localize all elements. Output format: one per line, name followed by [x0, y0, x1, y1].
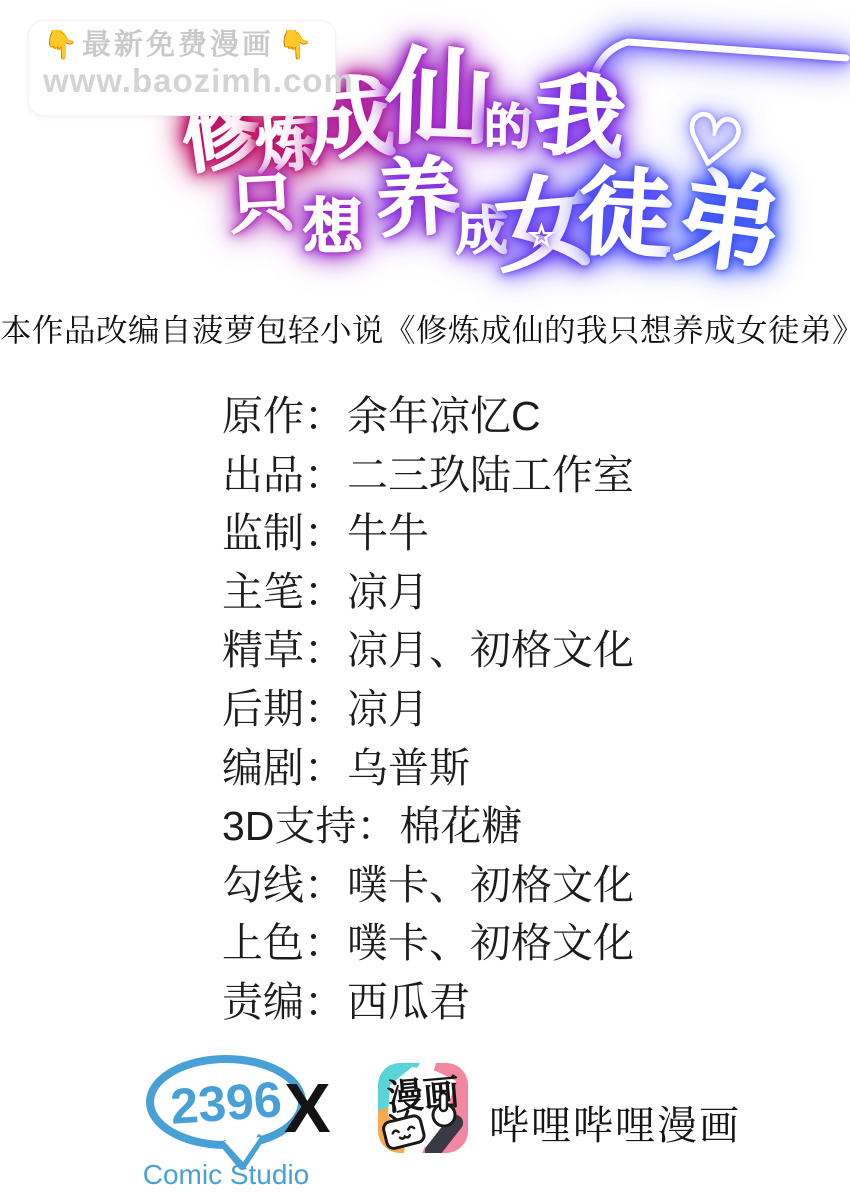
credits-list: 原作：余年凉忆C 出品：二三玖陆工作室 监制：牛牛 主笔：凉月 精草：凉月、初格…	[222, 396, 634, 1041]
credit-role-label: 上色：	[222, 920, 345, 966]
studio-caption: Comic Studio	[143, 1159, 310, 1189]
watermark-text: 最新免费漫画	[82, 29, 274, 61]
credit-row: 主笔：凉月	[222, 572, 634, 613]
title-char: 养	[374, 154, 462, 242]
credit-role-label: 后期：	[222, 686, 345, 732]
credit-role-label: 监制：	[222, 510, 345, 556]
credit-row: 监制：牛牛	[222, 513, 634, 554]
credit-names: 棉花糖	[399, 803, 522, 849]
watermark-url: www.baozimh.com	[43, 63, 335, 99]
credit-row: 3D支持：棉花糖	[222, 806, 634, 847]
studio-number-text: 2396	[169, 1071, 284, 1135]
title-char: 仙	[384, 45, 493, 154]
credit-names: 噗卡、初格文化	[347, 920, 634, 966]
watermark-pill: 👇 最新免费漫画 👇 www.baozimh.com	[28, 20, 336, 116]
credit-row: 精草：凉月、初格文化	[222, 630, 634, 671]
credit-role-label: 出品：	[222, 452, 345, 498]
adaptation-note: 本作品改编自菠萝包轻小说《修炼成仙的我只想养成女徒弟》	[0, 306, 850, 351]
credit-row: 出品：二三玖陆工作室	[222, 455, 634, 496]
title-char: 只	[228, 170, 295, 237]
title-char: 我	[532, 70, 628, 166]
bilibili-manga-wordmark: 哔哩哔哩漫画	[489, 1094, 741, 1151]
credit-names: 二三玖陆工作室	[347, 452, 634, 498]
credit-names: 凉月	[347, 569, 429, 615]
watermark-line1: 👇 最新免费漫画 👇	[43, 29, 335, 61]
credit-role-label: 勾线：	[222, 862, 345, 908]
credit-row: 后期：凉月	[222, 689, 634, 730]
title-char: 徒	[576, 166, 676, 266]
credit-role-label: 原作：	[222, 393, 345, 439]
title-char: 想	[303, 198, 363, 258]
credit-names: 牛牛	[347, 510, 429, 556]
credit-role-label: 编剧：	[222, 745, 345, 791]
credit-names: 凉月、初格文化	[347, 627, 634, 673]
credit-role-label: 责编：	[222, 979, 345, 1025]
credit-names: 乌普斯	[347, 745, 470, 791]
credit-row: 责编：西瓜君	[222, 982, 634, 1023]
credit-row: 原作：余年凉忆C	[222, 396, 634, 437]
credit-role-label: 3D支持：	[222, 803, 397, 849]
credit-role-label: 主笔：	[222, 569, 345, 615]
star-icon: ☆	[528, 222, 555, 252]
credit-names: 噗卡、初格文化	[347, 862, 634, 908]
credit-names: 西瓜君	[347, 979, 470, 1025]
credit-row: 上色：噗卡、初格文化	[222, 923, 634, 964]
credit-names: 凉月	[347, 686, 429, 732]
credit-role-label: 精草：	[222, 627, 345, 673]
point-down-icon: 👇	[43, 30, 78, 60]
collab-x-separator: X	[284, 1068, 331, 1148]
point-down-icon: 👇	[278, 30, 313, 60]
credit-row: 勾线：噗卡、初格文化	[222, 865, 634, 906]
bilibili-manga-app-icon: 漫画	[378, 1063, 468, 1153]
title-char: 的	[484, 104, 532, 152]
credit-names: 余年凉忆C	[347, 393, 541, 439]
credit-row: 编剧：乌普斯	[222, 748, 634, 789]
